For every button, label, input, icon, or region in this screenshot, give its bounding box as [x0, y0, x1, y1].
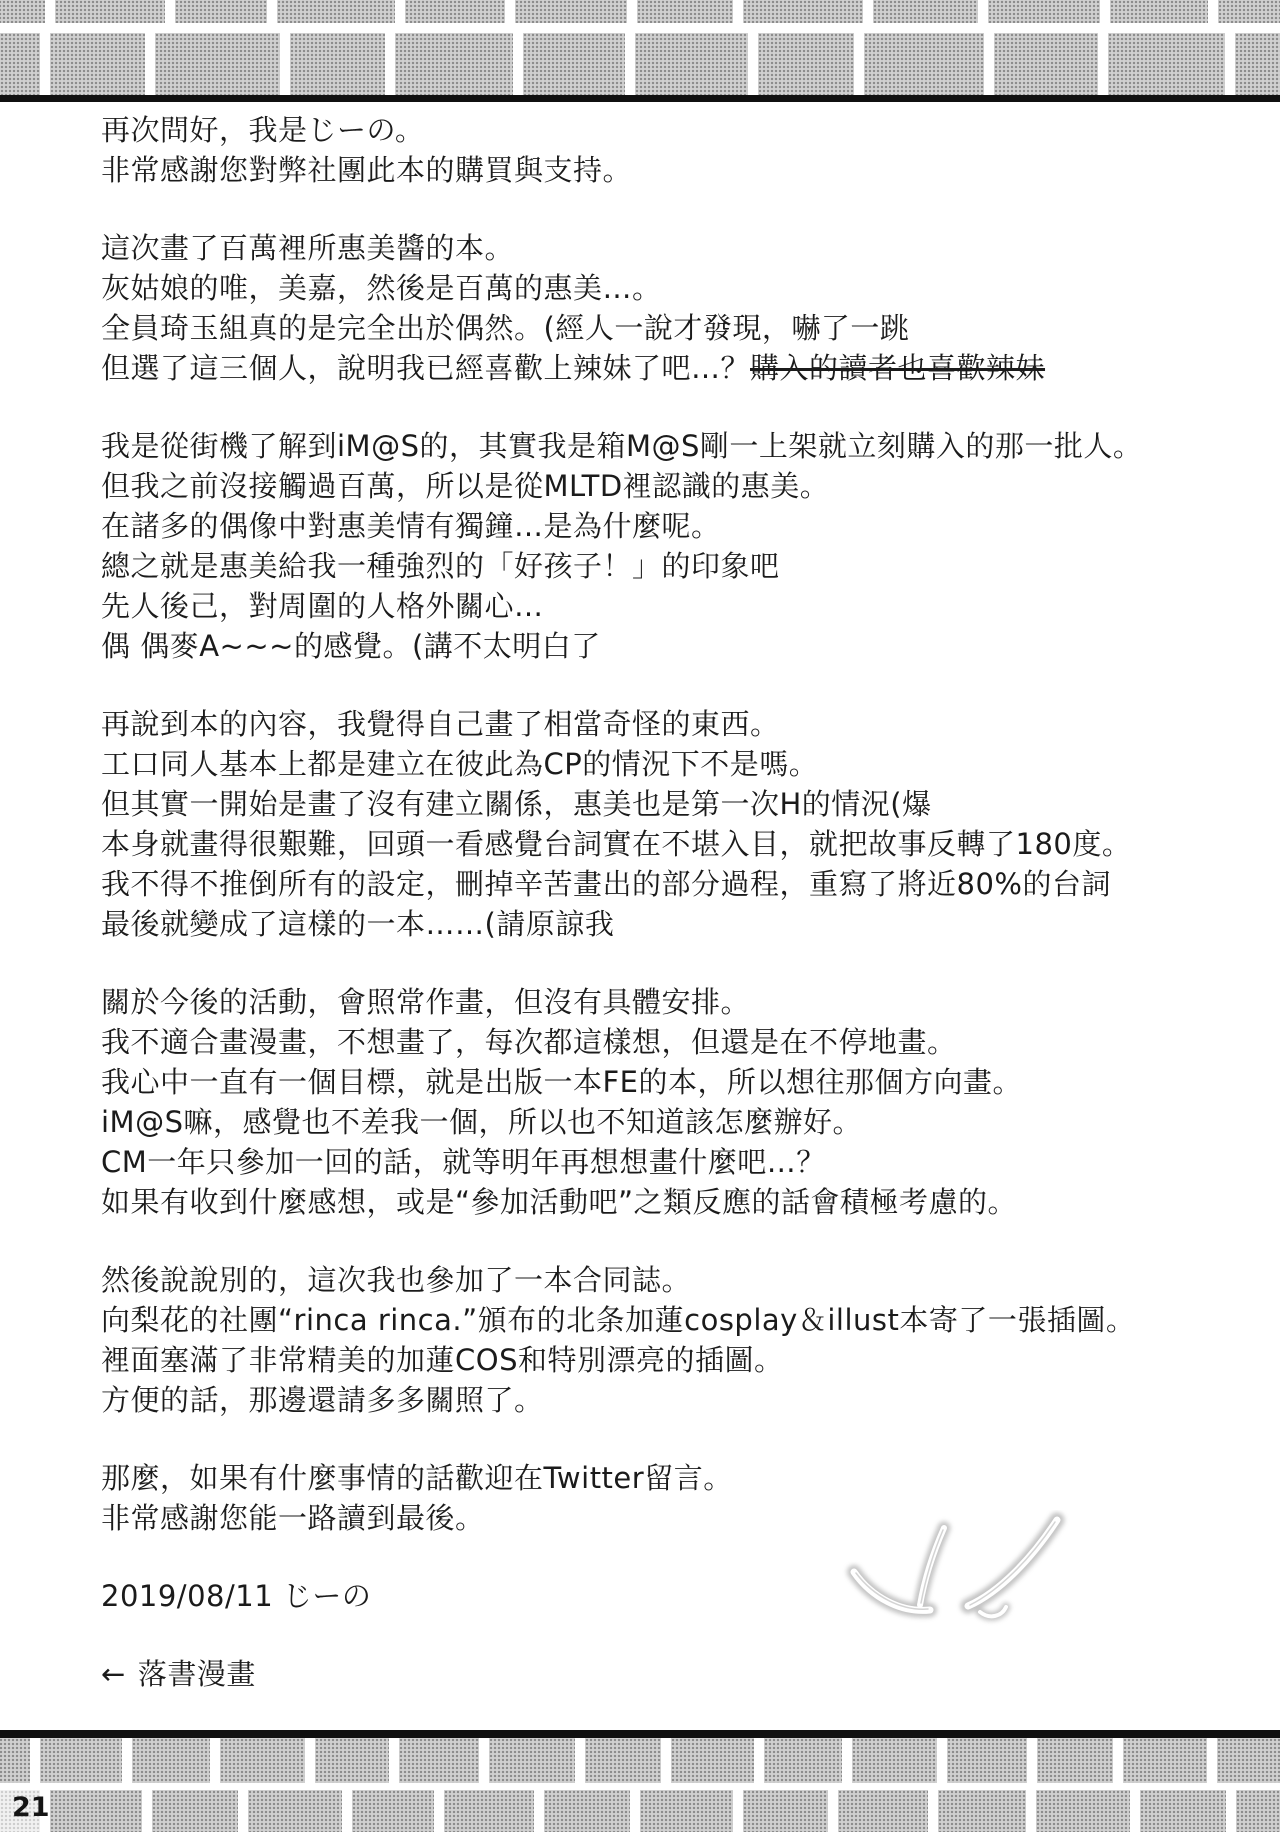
text-line: 但其實一開始是畫了沒有建立關係，惠美也是第一次H的情況(爆	[101, 784, 1271, 824]
paragraph-5: 關於今後的活動，會照常作畫，但沒有具體安排。 我不適合畫漫畫，不想畫了，每次都這…	[101, 982, 1271, 1222]
text-line: 然後說說別的，這次我也參加了一本合同誌。	[101, 1260, 1271, 1300]
text-line: 這次畫了百萬裡所惠美醬的本。	[101, 228, 1271, 268]
text-line: 如果有收到什麼感想，或是“參加活動吧”之類反應的話會積極考慮的。	[101, 1182, 1271, 1222]
brick	[248, 1790, 342, 1832]
text-line: CM一年只參加一回的話，就等明年再想想畫什麼吧…？	[101, 1142, 1271, 1182]
brick	[585, 1738, 661, 1783]
text-line: 我不適合畫漫畫，不想畫了，每次都這樣想，但還是在不停地畫。	[101, 1022, 1271, 1062]
brick	[938, 1790, 1026, 1832]
text-line: iM@S嘛，感覺也不差我一個，所以也不知道該怎麼辦好。	[101, 1102, 1271, 1142]
brick	[277, 0, 395, 23]
text-line: 本身就畫得很艱難，回頭一看感覺台詞實在不堪入目，就把故事反轉了180度。	[101, 824, 1271, 864]
brick	[1123, 1738, 1207, 1783]
paragraph-6: 然後說說別的，這次我也參加了一本合同誌。 向梨花的社團“rinca rinca.…	[101, 1260, 1271, 1420]
text-line: 裡面塞滿了非常精美的加蓮COS和特別漂亮的插圖。	[101, 1340, 1271, 1380]
doodle-note-label: 落書漫畫	[138, 1657, 256, 1691]
brick	[1140, 1790, 1226, 1832]
brick	[132, 1738, 210, 1783]
brick	[50, 33, 145, 95]
brick	[637, 0, 733, 23]
brick	[838, 1790, 928, 1832]
brick	[444, 1790, 534, 1832]
paragraph-3: 我是從街機了解到iM@S的，其實我是箱M@S剛一上架就立刻購入的那一批人。 但我…	[101, 426, 1271, 666]
text-line: 再說到本的內容，我覺得自己畫了相當奇怪的東西。	[101, 704, 1271, 744]
brick	[1108, 33, 1225, 95]
text-line: 在諸多的偶像中對惠美情有獨鐘…是為什麼呢。	[101, 506, 1271, 546]
text-line: 先人後己，對周圍的人格外關心…	[101, 586, 1271, 626]
brick	[155, 33, 280, 95]
text-line: 我是從街機了解到iM@S的，其實我是箱M@S剛一上架就立刻購入的那一批人。	[101, 426, 1271, 466]
brick	[947, 1738, 1027, 1783]
text-line: 全員琦玉組真的是完全出於偶然。(經人一說才發現，嚇了一跳	[101, 308, 1271, 348]
date-signature: 2019/08/11 じーの	[101, 1576, 1271, 1616]
brick	[40, 1738, 122, 1783]
brick	[0, 0, 45, 23]
brick	[175, 0, 267, 23]
page-root: 再次問好，我是じーの。 非常感謝您對弊社團此本的購買與支持。 這次畫了百萬裡所惠…	[0, 0, 1280, 1832]
text-line: 最後就變成了這樣的一本……(請原諒我	[101, 904, 1271, 944]
text-line: 總之就是惠美給我一種強烈的「好孩子！」的印象吧	[101, 546, 1271, 586]
brick	[852, 1738, 937, 1783]
brick	[1036, 1790, 1130, 1832]
date-signature-line: 2019/08/11 じーの	[101, 1576, 1271, 1616]
brick	[315, 1738, 389, 1783]
afterword-text: 再次問好，我是じーの。 非常感謝您對弊社團此本的購買與支持。 這次畫了百萬裡所惠…	[101, 110, 1271, 1732]
brick-row	[0, 33, 1280, 95]
brick	[758, 33, 854, 95]
text-line: 非常感謝您能一路讀到最後。	[101, 1498, 1271, 1538]
brick	[764, 1738, 842, 1783]
paragraph-1: 再次問好，我是じーの。 非常感謝您對弊社團此本的購買與支持。	[101, 110, 1271, 190]
brick-band-top	[0, 0, 1280, 95]
brick	[395, 33, 513, 95]
text-line: 我心中一直有一個目標，就是出版一本FE的本，所以想往那個方向畫。	[101, 1062, 1271, 1102]
brick	[873, 0, 978, 23]
brick	[994, 33, 1098, 95]
brick	[399, 1738, 479, 1783]
text-line: 工口同人基本上都是建立在彼此為CP的情況下不是嗎。	[101, 744, 1271, 784]
text-line: 我不得不推倒所有的設定，刪掉辛苦畫出的部分過程，重寫了將近80%的台詞	[101, 864, 1271, 904]
brick	[1217, 1738, 1280, 1783]
text-line: 再次問好，我是じーの。	[101, 110, 1271, 150]
brick-row	[0, 0, 1280, 23]
doodle-note-line: ←落書漫畫	[101, 1654, 1271, 1694]
brick	[515, 0, 627, 23]
feather-doodle-sketch	[832, 1510, 1082, 1675]
text-line: 偶 偶麥A~~~的感覺。(講不太明白了	[101, 626, 1271, 666]
brick	[50, 1790, 142, 1832]
text-line: 關於今後的活動，會照常作畫，但沒有具體安排。	[101, 982, 1271, 1022]
brick	[1235, 33, 1280, 95]
left-arrow-icon: ←	[101, 1657, 126, 1691]
brick	[864, 33, 984, 95]
brick	[640, 1790, 733, 1832]
brick	[290, 33, 385, 95]
brick	[1037, 1738, 1113, 1783]
brick	[635, 33, 748, 95]
text-line: 非常感謝您對弊社團此本的購買與支持。	[101, 150, 1271, 190]
brick	[1218, 0, 1280, 23]
text-line: 那麼，如果有什麼事情的話歡迎在Twitter留言。	[101, 1458, 1271, 1498]
brick	[743, 1790, 828, 1832]
text-segment: 但選了這三個人，說明我已經喜歡上辣妹了吧…？	[101, 351, 750, 385]
bottom-divider-line	[0, 1730, 1280, 1738]
brick	[0, 1738, 30, 1783]
brick-row	[0, 1790, 1280, 1832]
brick-row	[0, 1738, 1280, 1783]
text-line: 但選了這三個人，說明我已經喜歡上辣妹了吧…？購入的讀者也喜歡辣妹	[101, 348, 1271, 388]
brick	[405, 0, 505, 23]
brick	[220, 1738, 305, 1783]
brick	[1110, 0, 1208, 23]
struck-text: 購入的讀者也喜歡辣妹	[750, 351, 1045, 385]
text-line: 方便的話，那邊還請多多關照了。	[101, 1380, 1271, 1420]
brick	[489, 1738, 575, 1783]
brick	[523, 33, 625, 95]
paragraph-7: 那麼，如果有什麼事情的話歡迎在Twitter留言。 非常感謝您能一路讀到最後。	[101, 1458, 1271, 1538]
text-line: 向梨花的社團“rinca rinca.”頒布的北条加蓮cosplay＆illus…	[101, 1300, 1271, 1340]
brick	[152, 1790, 238, 1832]
top-divider-line	[0, 95, 1280, 102]
paragraph-2: 這次畫了百萬裡所惠美醬的本。 灰姑娘的唯，美嘉，然後是百萬的惠美…。 全員琦玉組…	[101, 228, 1271, 388]
brick	[544, 1790, 630, 1832]
page-number: 21	[12, 1792, 50, 1823]
brick	[55, 0, 165, 23]
brick	[671, 1738, 754, 1783]
brick-band-bottom	[0, 1738, 1280, 1832]
brick	[352, 1790, 434, 1832]
text-line: 但我之前沒接觸過百萬，所以是從MLTD裡認識的惠美。	[101, 466, 1271, 506]
text-line: 灰姑娘的唯，美嘉，然後是百萬的惠美…。	[101, 268, 1271, 308]
brick	[1236, 1790, 1280, 1832]
paragraph-4: 再說到本的內容，我覺得自己畫了相當奇怪的東西。 工口同人基本上都是建立在彼此為C…	[101, 704, 1271, 944]
brick	[0, 33, 40, 95]
brick	[743, 0, 863, 23]
brick	[988, 0, 1100, 23]
